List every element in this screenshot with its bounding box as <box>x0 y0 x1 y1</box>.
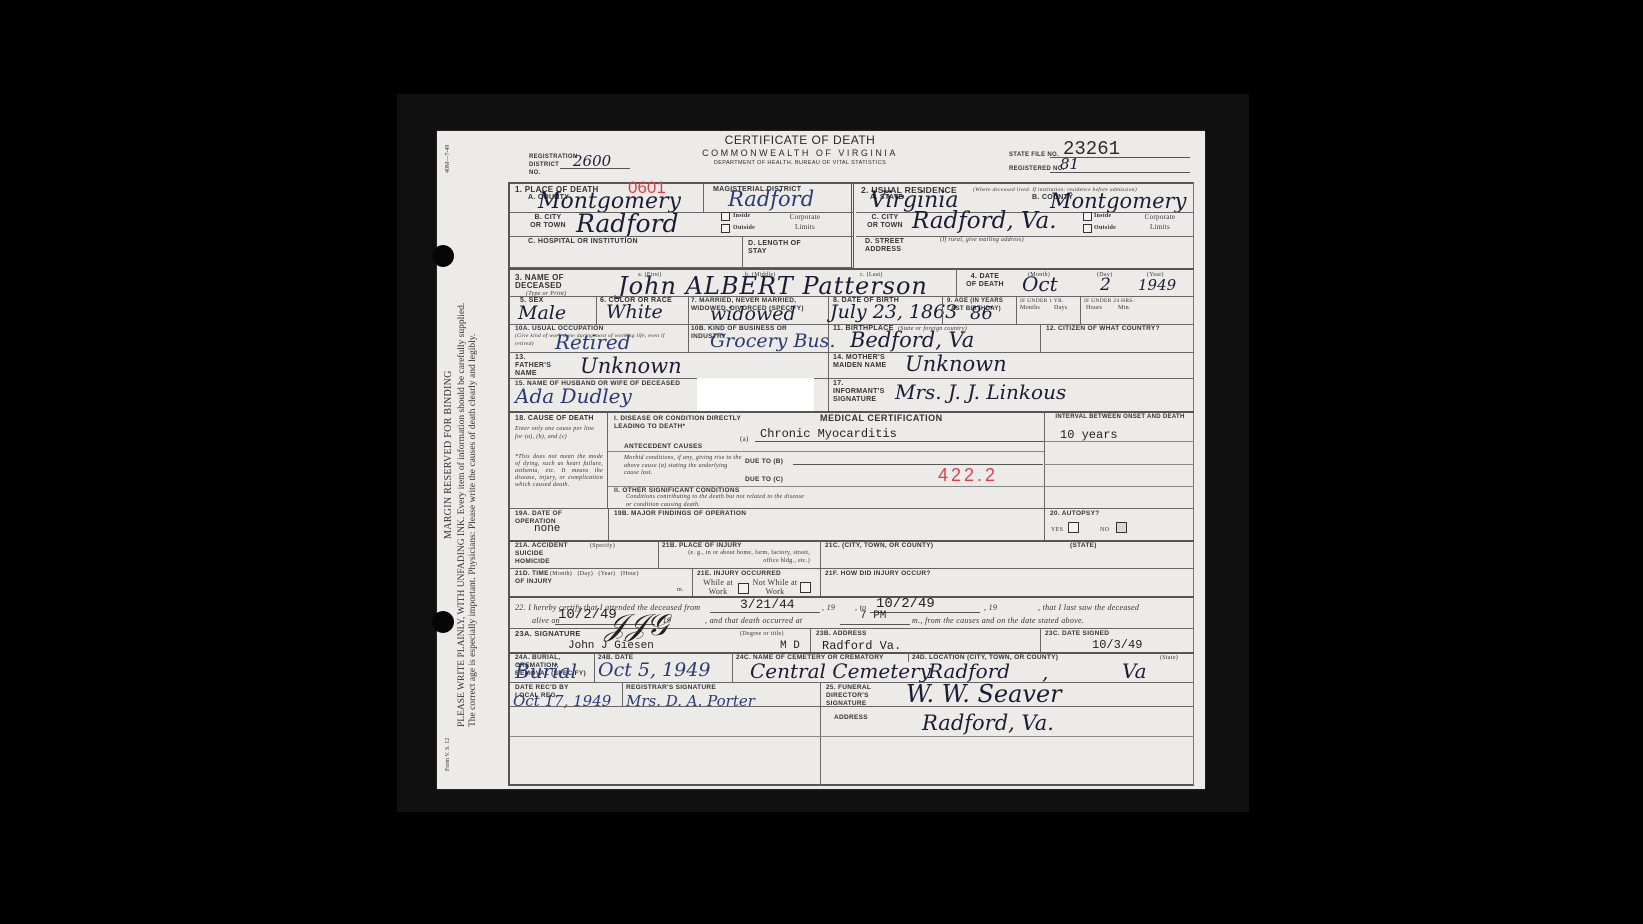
burial-date: Oct 5, 1949 <box>598 659 710 681</box>
divider <box>608 508 609 540</box>
binding-hole-top <box>432 245 454 267</box>
row-line <box>510 682 1194 683</box>
date-of-birth: July 23, 1863 <box>830 301 957 323</box>
divider <box>703 184 704 212</box>
divider <box>596 296 597 324</box>
death-month: Oct <box>1022 272 1058 296</box>
funeral-director-label: 25. FUNERAL DIRECTOR'S SIGNATURE <box>826 684 906 708</box>
autopsy-no-label: NO <box>1100 526 1109 534</box>
due-to-b-label: DUE TO (b) <box>745 458 783 466</box>
row-line <box>510 268 1194 270</box>
business-value: Grocery Bus. <box>710 330 835 352</box>
registration-district-label: Registration District No. <box>529 153 569 177</box>
physician-address-label: 23b. ADDRESS <box>816 630 867 638</box>
accident-label: 21a. ACCIDENT SUICIDE HOMICIDE <box>515 542 570 566</box>
physician-degree: M D <box>780 640 800 652</box>
injury-state-label: (STATE) <box>1070 542 1097 550</box>
divider <box>732 652 733 682</box>
morbid-conditions-note: Morbid conditions, if any, giving rise t… <box>624 455 744 478</box>
cause-a-label: (a) <box>740 435 749 443</box>
place-of-injury-note: (e. g., in or about home, farm, factory,… <box>680 549 810 565</box>
divider <box>1040 628 1041 652</box>
months-label: Months <box>1020 304 1040 312</box>
redaction-box <box>697 378 814 411</box>
row-line <box>1044 441 1194 442</box>
divider <box>810 628 811 652</box>
marital-status: widowed <box>710 303 796 325</box>
street-address-note: (If rural, give mailing address) <box>940 236 1024 244</box>
length-of-stay-label: d. LENGTH OF STAY <box>748 240 818 256</box>
street-address-label: d. STREET ADDRESS <box>865 238 925 254</box>
divider <box>828 296 829 324</box>
instruction-line-2: The correct age is especially important.… <box>468 334 478 727</box>
row-line <box>510 352 1194 353</box>
residence-corporate-limits: Corporate Limits <box>1140 212 1180 232</box>
row-line <box>1044 464 1194 465</box>
antecedent-label: ANTECEDENT CAUSES <box>624 443 702 451</box>
corporate-limits-label: Corporate Limits <box>785 212 825 232</box>
outside-checkbox[interactable] <box>721 224 730 233</box>
row-line <box>1044 486 1194 487</box>
due-to-b-line <box>793 464 1043 465</box>
residence-inside-checkbox[interactable] <box>1083 212 1092 221</box>
divider <box>1044 413 1045 508</box>
name-of-deceased-label: 3. NAME OF DECEASED <box>515 274 585 290</box>
residence-city: Radford, Va. <box>912 208 1057 234</box>
divider <box>692 568 693 596</box>
divider <box>688 296 689 324</box>
certify-text-4: m., from the causes and on the date stat… <box>912 617 1152 625</box>
father-name: Unknown <box>580 354 682 378</box>
operation-date: none <box>534 523 560 535</box>
inside-checkbox-checked[interactable] <box>721 212 730 221</box>
interval-value: 10 years <box>1060 428 1118 442</box>
divider <box>828 324 829 352</box>
registered-number-value: 81 <box>1060 155 1079 173</box>
divider <box>820 682 821 786</box>
magisterial-district: Radford <box>728 187 814 211</box>
time-m-label: m. <box>677 586 684 594</box>
from-line <box>710 612 820 613</box>
divider <box>742 236 743 268</box>
residence-inside-label: Inside <box>1094 212 1111 220</box>
injury-occurred-label: 21e. INJURY OCCURRED <box>697 570 781 578</box>
divider <box>1016 296 1017 324</box>
birthplace-value: Bedford, Va <box>850 328 974 352</box>
divider <box>1040 324 1041 352</box>
how-injury-occurred-label: 21f. HOW DID INJURY OCCUR? <box>825 570 931 578</box>
date-of-death-label: 4. DATE OF DEATH <box>965 273 1005 289</box>
row-line <box>510 508 1194 509</box>
divider <box>688 324 689 352</box>
divider <box>594 652 595 682</box>
mother-maiden-name: Unknown <box>905 352 1007 376</box>
binding-margin-text: MARGIN RESERVED FOR BINDING <box>443 370 454 539</box>
nineteen-label-2: , 19 <box>984 604 997 612</box>
cause-a-value: Chronic Myocarditis <box>760 427 897 441</box>
autopsy-label: 20. AUTOPSY? <box>1050 510 1099 518</box>
certify-text-3: , and that death occurred at <box>705 617 802 625</box>
age-value: 86 <box>970 303 993 324</box>
divider <box>622 682 623 706</box>
city-label: b. CITY OR TOWN <box>528 214 568 230</box>
interval-label: INTERVAL BETWEEN ONSET AND DEATH <box>1050 414 1190 421</box>
informant-signature: Mrs. J. J. Linkous <box>895 380 1066 404</box>
form-number: Form V. S. 12 <box>445 738 451 771</box>
autopsy-yes-label: YES <box>1051 526 1063 534</box>
autopsy-yes-checkbox[interactable] <box>1068 522 1079 533</box>
to-line <box>870 612 980 613</box>
divider <box>1080 296 1081 324</box>
residence-outside-label: Outside <box>1094 224 1116 232</box>
registrar-signature: Mrs. D. A. Porter <box>626 692 755 710</box>
cause-of-death-label: 18. CAUSE OF DEATH <box>515 415 594 423</box>
burial-state: Va <box>1122 659 1147 683</box>
registration-district-line <box>560 168 630 169</box>
burial-type: Burial <box>515 659 577 683</box>
medical-certification-title: MEDICAL CERTIFICATION <box>820 414 943 422</box>
date-signed: 10/3/49 <box>1092 638 1142 652</box>
certificate-form-grid: 1. PLACE OF DEATH 0601 a. COUNTY Montgom… <box>508 182 1194 786</box>
autopsy-no-checkbox-checked[interactable] <box>1116 522 1127 533</box>
hours-label: Hours <box>1086 304 1102 312</box>
operation-findings-label: 19b. MAJOR FINDINGS OF OPERATION <box>614 510 746 518</box>
row-line <box>510 706 1194 707</box>
divider <box>658 540 659 568</box>
row-line <box>510 236 854 237</box>
divider <box>1044 508 1045 540</box>
department-heading: DEPARTMENT OF HEALTH, BUREAU OF VITAL ST… <box>640 160 960 166</box>
row-line <box>510 568 1194 569</box>
sex-value: Male <box>518 302 566 324</box>
funeral-director-signature: W. W. Seaver <box>906 680 1062 708</box>
print-code: 40M—7-49 <box>445 145 451 173</box>
while-at-work-label: While at Work <box>700 578 736 596</box>
days-label: Days <box>1054 304 1068 312</box>
physician-address: Radford Va. <box>822 639 901 653</box>
binding-hole-bottom <box>432 611 454 633</box>
row-line <box>510 378 1194 379</box>
commonwealth-heading: COMMONWEALTH OF VIRGINIA <box>640 148 960 158</box>
race-value: White <box>606 301 663 323</box>
row-line <box>608 451 1044 452</box>
funeral-director-address: Radford, Va. <box>922 711 1054 735</box>
physician-signature-scribble: 𝒥𝒥𝒢 <box>605 608 668 643</box>
death-time: 7 PM <box>860 610 886 622</box>
instruction-line-1: PLEASE WRITE PLAINLY, WITH UNFADING INK.… <box>457 303 467 727</box>
hospital-label: c. HOSPITAL OR INSTITUTION <box>528 238 638 246</box>
injury-city-label: 21c. (CITY, TOWN, OR COUNTY) <box>825 542 933 550</box>
minutes-label: Min. <box>1118 304 1131 312</box>
divider <box>956 268 957 296</box>
divider <box>942 296 943 324</box>
time-of-injury-columns: (Month) (Day) (Year) (Hour) <box>550 570 639 578</box>
cause-a-line <box>755 441 1045 442</box>
death-year: 1949 <box>1138 276 1176 294</box>
accident-specify-label: (Specify) <box>590 542 615 550</box>
nineteen-label: , 19 <box>822 604 835 612</box>
time-of-injury-label: 21d. TIME OF INJURY <box>515 570 555 586</box>
cemetery-name: Central Cemetery <box>750 659 931 683</box>
city-of-death: Radford <box>576 209 679 238</box>
informant-label: 17. INFORMANT'S SIGNATURE <box>833 380 893 404</box>
registered-number-line <box>1050 172 1190 173</box>
cause-instruction: Enter only one cause per line for (a), (… <box>515 425 603 441</box>
divider <box>828 352 829 378</box>
funeral-director-address-label: ADDRESS <box>834 714 868 722</box>
other-conditions-note: Conditions contributing to the death but… <box>626 494 806 509</box>
registrar-signature-label: REGISTRAR'S SIGNATURE <box>626 684 716 692</box>
father-name-label: 13. FATHER'S NAME <box>515 354 555 378</box>
date-received: Oct 17, 1949 <box>513 692 611 710</box>
death-time-line <box>840 624 910 625</box>
outside-label: Outside <box>733 224 755 232</box>
residence-city-label: c. CITY OR TOWN <box>865 214 905 230</box>
burial-state-label: (State) <box>1160 654 1178 662</box>
while-at-work-checkbox[interactable] <box>738 583 749 594</box>
row-line <box>510 736 1194 737</box>
physician-name: John J Giesen <box>568 640 654 652</box>
disease-label: I. DISEASE OR CONDITION DIRECTLY LEADING… <box>614 415 764 431</box>
cause-note: *This does not mean the mode of dying, s… <box>515 454 603 489</box>
citizen-label: 12. CITIZEN OF WHAT COUNTRY? <box>1046 325 1186 333</box>
residence-county: Montgomery <box>1050 189 1186 213</box>
inside-label: Inside <box>733 212 750 220</box>
certify-text-2: , that I last saw the deceased <box>1038 604 1198 612</box>
mother-name-label: 14. MOTHER'S MAIDEN NAME <box>833 354 903 370</box>
divider <box>908 652 909 662</box>
due-to-c-label: DUE TO (c) <box>745 476 783 484</box>
signature-label: 23a. SIGNATURE <box>515 630 581 638</box>
degree-label: (Degree or title) <box>740 630 784 638</box>
row-line <box>856 236 1194 237</box>
not-while-at-work-checkbox[interactable] <box>800 582 811 593</box>
cause-code: 422.2 <box>938 465 998 486</box>
date-signed-label: 23c. DATE SIGNED <box>1045 630 1109 638</box>
attended-from-date: 3/21/44 <box>740 597 795 612</box>
spouse-name: Ada Dudley <box>515 384 632 408</box>
not-while-at-work-label: Not While at Work <box>752 578 798 596</box>
occupation-value: Retired <box>555 330 631 354</box>
death-day: 2 <box>1100 275 1111 295</box>
residence-outside-checkbox[interactable] <box>1083 224 1092 233</box>
divider <box>828 378 829 411</box>
row-line <box>510 596 1194 598</box>
certificate-title: CERTIFICATE OF DEATH <box>640 133 960 147</box>
